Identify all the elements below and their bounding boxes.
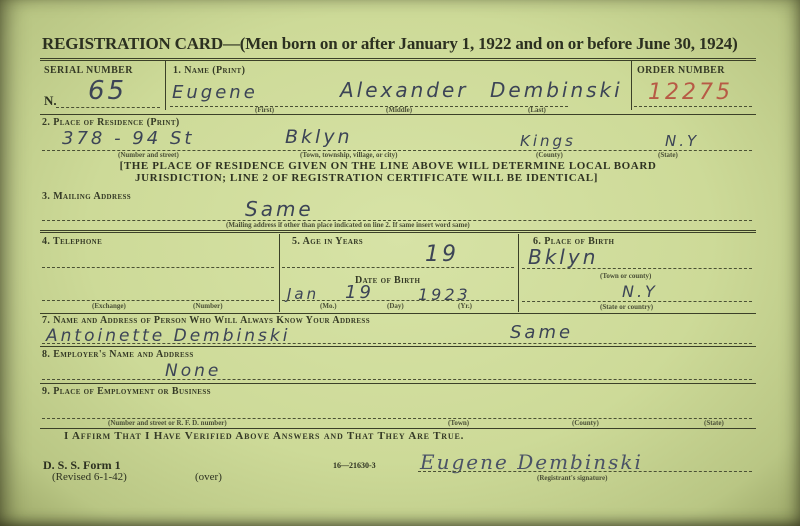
card-title: REGISTRATION CARD—(Men born on or after … [42,34,738,54]
age-value: 19 [425,242,459,267]
dob-underline [282,300,514,301]
age-underline [282,267,514,268]
street-caption: (Number and street) [118,151,179,159]
employment-county-caption: (County) [572,419,599,427]
row-rule [40,428,756,429]
residence-street: 378 - 94 St [62,128,194,149]
birth-town-underline [522,268,752,269]
birth-state: N.Y [622,282,658,301]
signature-underline [418,471,752,472]
affirmation-text: I Affirm That I Have Verified Above Answ… [64,430,464,442]
row-rule [40,346,756,347]
print-code: 16—21630-3 [333,461,376,470]
birth-state-caption: (State or country) [600,303,653,311]
employer-value: None [165,361,221,381]
employment-town-caption: (Town) [448,419,469,427]
birth-town-caption: (Town or county) [600,272,651,280]
residence-county: Kings [520,132,576,150]
signature-caption: (Registrant's signature) [537,474,607,482]
employer-underline [42,379,752,380]
title-rule [40,58,756,61]
serial-prefix: N. [44,93,57,109]
order-underline [634,106,752,107]
residence-town: Bklyn [285,126,353,148]
middle-caption: (Middle) [386,106,412,114]
name-middle: Alexander [340,78,469,102]
name-last: Dembinski [490,78,623,102]
divider [279,234,280,312]
month-caption: (Mo.) [320,302,337,310]
name-underline [170,106,568,107]
over-note: (over) [195,471,222,483]
day-caption: (Day) [387,302,404,310]
form-revised: (Revised 6-1-42) [52,471,127,483]
county-caption: (County) [536,151,563,159]
serial-underline [56,107,160,108]
divider [631,60,632,110]
exchange-caption: (Exchange) [92,302,126,310]
mailing-address-label: 3. Mailing Address [42,191,131,202]
employment-street-caption: (Number and street or R. F. D. number) [108,419,227,427]
registration-card: REGISTRATION CARD—(Men born on or after … [0,0,800,526]
year-caption: (Yr.) [458,302,472,310]
name-first: Eugene [172,82,258,103]
divider [518,234,519,312]
divider [165,60,166,110]
employer-label: 8. Employer's Name and Address [42,349,194,360]
mailing-caption: (Mailing address if other than place ind… [226,221,470,229]
town-caption: (Town, township, village, or city) [300,151,397,159]
serial-number-value: 65 [88,76,127,106]
contact-address: Same [510,322,573,343]
row-rule [40,313,756,314]
birth-town: Bklyn [528,245,598,269]
contact-label: 7. Name and Address of Person Who Will A… [42,315,370,326]
telephone-line1 [42,267,274,268]
last-caption: (Last) [528,106,546,114]
name-label: 1. Name (Print) [173,65,245,76]
age-label: 5. Age in Years [292,236,363,247]
birth-state-underline [522,301,752,302]
row-rule [40,383,756,384]
first-caption: (First) [255,106,274,114]
employment-place-label: 9. Place of Employment or Business [42,386,211,397]
jurisdiction-notice-line1: [THE PLACE OF RESIDENCE GIVEN ON THE LIN… [88,160,688,172]
residence-state: N.Y [665,132,699,150]
mailing-address-value: Same [245,197,314,221]
row-rule [40,114,756,115]
row-rule [40,230,756,233]
number-caption: (Number) [193,302,223,310]
employment-state-caption: (State) [704,419,724,427]
serial-number-label: SERIAL NUMBER [44,65,133,76]
state-caption: (State) [658,151,678,159]
telephone-label: 4. Telephone [42,236,102,247]
jurisdiction-notice-line2: JURISDICTION; LINE 2 OF REGISTRATION CER… [135,172,735,184]
telephone-line2 [42,300,274,301]
residence-label: 2. Place of Residence (Print) [42,117,180,128]
order-number-value: 12275 [648,80,733,105]
order-number-label: ORDER NUMBER [637,65,725,76]
contact-underline [42,343,752,344]
